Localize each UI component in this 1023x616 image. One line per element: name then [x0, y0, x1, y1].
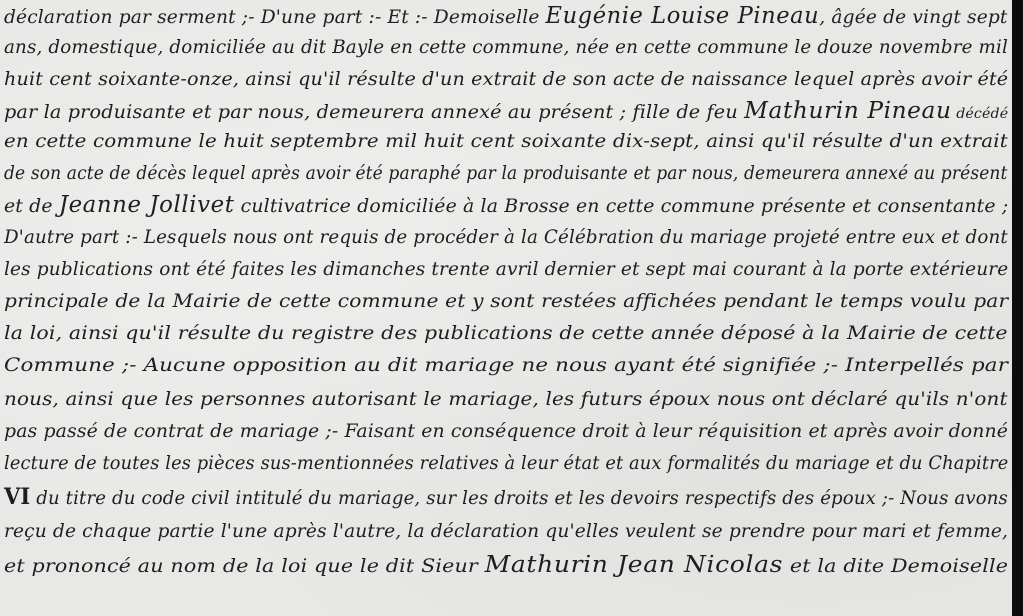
line-text: et la dite Demoiselle	[783, 555, 1008, 577]
document-line: les publications ont été faites les dima…	[4, 256, 1008, 282]
line-text: lecture de toutes les pièces sus-mention…	[4, 452, 1008, 474]
line-text: du titre du code civil intitulé du maria…	[30, 487, 1008, 509]
line-text: les publications ont été faites les dima…	[4, 258, 1008, 280]
document-line: la loi, ainsi qu'il résulte du registre …	[4, 320, 1008, 346]
document-line: principale de la Mairie de cette commune…	[4, 288, 1008, 314]
line-text: et prononcé au nom de la loi que le dit …	[4, 555, 485, 577]
person-name: Eugénie Louise Pineau	[546, 3, 820, 29]
document-page: déclaration par serment ;- D'une part :-…	[0, 0, 1012, 616]
document-line: D'autre part :- Lesquels nous ont requis…	[4, 224, 1008, 250]
document-line: par la produisante et par nous, demeurer…	[4, 98, 1008, 127]
document-line: ans, domestique, domiciliée au dit Bayle…	[4, 34, 1008, 60]
document-line: VI du titre du code civil intitulé du ma…	[4, 484, 1008, 511]
document-line: lecture de toutes les pièces sus-mention…	[4, 450, 1008, 476]
line-text: pas passé de contrat de mariage ;- Faisa…	[4, 420, 1008, 442]
line-text: D'autre part :- Lesquels nous ont requis…	[4, 226, 1008, 248]
line-text: huit cent soixante-onze, ainsi qu'il rés…	[4, 68, 1008, 90]
document-line: de son acte de décès lequel après avoir …	[4, 160, 1008, 186]
line-text: reçu de chaque partie l'une après l'autr…	[4, 520, 1008, 542]
line-text: cultivatrice domiciliée à la Brosse en c…	[235, 195, 1009, 217]
line-text: nous, ainsi que les personnes autorisant…	[4, 388, 1008, 410]
person-name: Jeanne Jollivet	[59, 192, 235, 218]
line-text: , âgée de vingt sept	[819, 6, 1007, 28]
line-text: la loi, ainsi qu'il résulte du registre …	[4, 322, 1008, 344]
document-line: et prononcé au nom de la loi que le dit …	[4, 552, 1008, 579]
line-text: de son acte de décès lequel après avoir …	[4, 162, 1008, 184]
scan-border	[1012, 0, 1023, 616]
line-text: décédé	[952, 106, 1009, 122]
person-name: Mathurin Jean Nicolas	[485, 552, 783, 578]
document-line: reçu de chaque partie l'une après l'autr…	[4, 518, 1008, 544]
line-text: ans, domestique, domiciliée au dit Bayle…	[4, 36, 1008, 58]
line-text: en cette commune le huit septembre mil h…	[4, 130, 1008, 152]
document-line: en cette commune le huit septembre mil h…	[4, 128, 1008, 154]
line-text: déclaration par serment ;- D'une part :-…	[4, 6, 546, 28]
chapter-number: VI	[4, 484, 30, 510]
document-line: Commune ;- Aucune opposition au dit mari…	[4, 352, 1008, 378]
line-text: par la produisante et par nous, demeurer…	[4, 101, 744, 123]
document-line: et de Jeanne Jollivet cultivatrice domic…	[4, 192, 1008, 219]
line-text: principale de la Mairie de cette commune…	[4, 290, 1008, 312]
person-name: Mathurin Pineau	[744, 98, 951, 124]
document-line: nous, ainsi que les personnes autorisant…	[4, 386, 1008, 412]
document-line: huit cent soixante-onze, ainsi qu'il rés…	[4, 66, 1008, 92]
document-line: déclaration par serment ;- D'une part :-…	[4, 3, 1008, 30]
line-text: Commune ;- Aucune opposition au dit mari…	[4, 354, 1008, 376]
document-line: pas passé de contrat de mariage ;- Faisa…	[4, 418, 1008, 444]
line-text: et de	[4, 195, 59, 217]
